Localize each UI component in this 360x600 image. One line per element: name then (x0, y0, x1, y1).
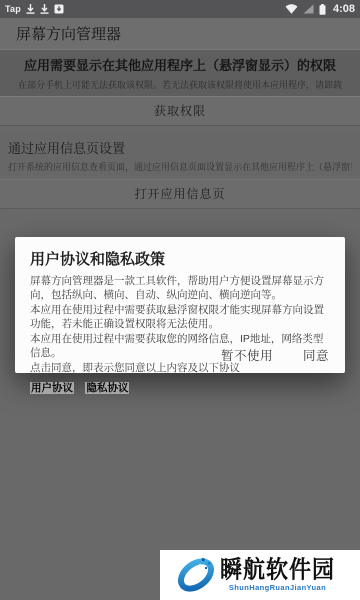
get-permission-button[interactable]: 获取权限 (0, 96, 360, 126)
decline-button[interactable]: 暂不使用 (221, 346, 273, 364)
watermark: 瞬航软件园 ShunHangRuanJianYuan (160, 550, 360, 600)
app-screen: Tap 4:08 屏幕方向管理器 应用需要显示在其他应用程序上（悬浮窗显示）的 (0, 0, 360, 209)
box-arrow-icon (54, 4, 64, 14)
app-bar: 屏幕方向管理器 (0, 18, 360, 49)
privacy-agreement-link[interactable]: 隐私协议 (85, 382, 129, 394)
app-title: 屏幕方向管理器 (16, 23, 121, 44)
app-info-description: 打开系统的应用信息查看页面，通过应用信息页面设置显示在其他应用程序上（悬浮窗显示… (8, 160, 352, 173)
app-info-title: 通过应用信息页设置 (8, 138, 352, 157)
permission-subtitle: 在部分手机上可能无法获取该权限。若无法获取该权限将使用本应用程序，请卸载 (12, 78, 348, 91)
app-info-card: 通过应用信息页设置 打开系统的应用信息查看页面，通过应用信息页面设置显示在其他应… (0, 131, 360, 176)
carrier-label: Tap (5, 4, 21, 14)
signal-icon (303, 4, 314, 14)
dialog-title: 用户协议和隐私政策 (30, 248, 330, 269)
dialog-actions: 暂不使用 同意 (221, 346, 329, 364)
wifi-icon (285, 4, 298, 14)
download-icon (40, 4, 49, 14)
open-app-info-button[interactable]: 打开应用信息页 (0, 179, 360, 209)
agree-button[interactable]: 同意 (303, 346, 329, 364)
dialog-paragraph: 屏幕方向管理器是一款工具软件，帮助用户方便设置屏幕显示方向，包括纵向、横向、自动… (30, 275, 330, 302)
status-bar: Tap 4:08 (0, 0, 360, 18)
dialog-paragraph: 点击同意，即表示您同意以上内容及以下协议 (30, 362, 330, 376)
watermark-text: 瞬航软件园 ShunHangRuanJianYuan (220, 558, 335, 592)
battery-icon (319, 4, 326, 15)
clock: 4:08 (333, 3, 355, 15)
watermark-logo-icon (174, 552, 218, 598)
watermark-subtitle: ShunHangRuanJianYuan (220, 583, 335, 592)
user-agreement-link[interactable]: 用户协议 (30, 382, 74, 394)
watermark-name: 瞬航软件园 (220, 557, 335, 583)
agreement-links: 用户协议 隐私协议 (30, 378, 330, 396)
download-icon (26, 4, 35, 14)
permission-title: 应用需要显示在其他应用程序上（悬浮窗显示）的权限 (12, 58, 348, 74)
dialog-paragraph: 本应用在使用过程中需要获取悬浮窗权限才能实现屏幕方向设置功能，若未能正确设置权限… (30, 304, 330, 331)
overlay-permission-card: 应用需要显示在其他应用程序上（悬浮窗显示）的权限 在部分手机上可能无法获取该权限… (0, 49, 360, 96)
privacy-dialog: 用户协议和隐私政策 屏幕方向管理器是一款工具软件，帮助用户方便设置屏幕显示方向，… (15, 237, 345, 373)
dialog-body: 屏幕方向管理器是一款工具软件，帮助用户方便设置屏幕显示方向，包括纵向、横向、自动… (30, 275, 330, 396)
